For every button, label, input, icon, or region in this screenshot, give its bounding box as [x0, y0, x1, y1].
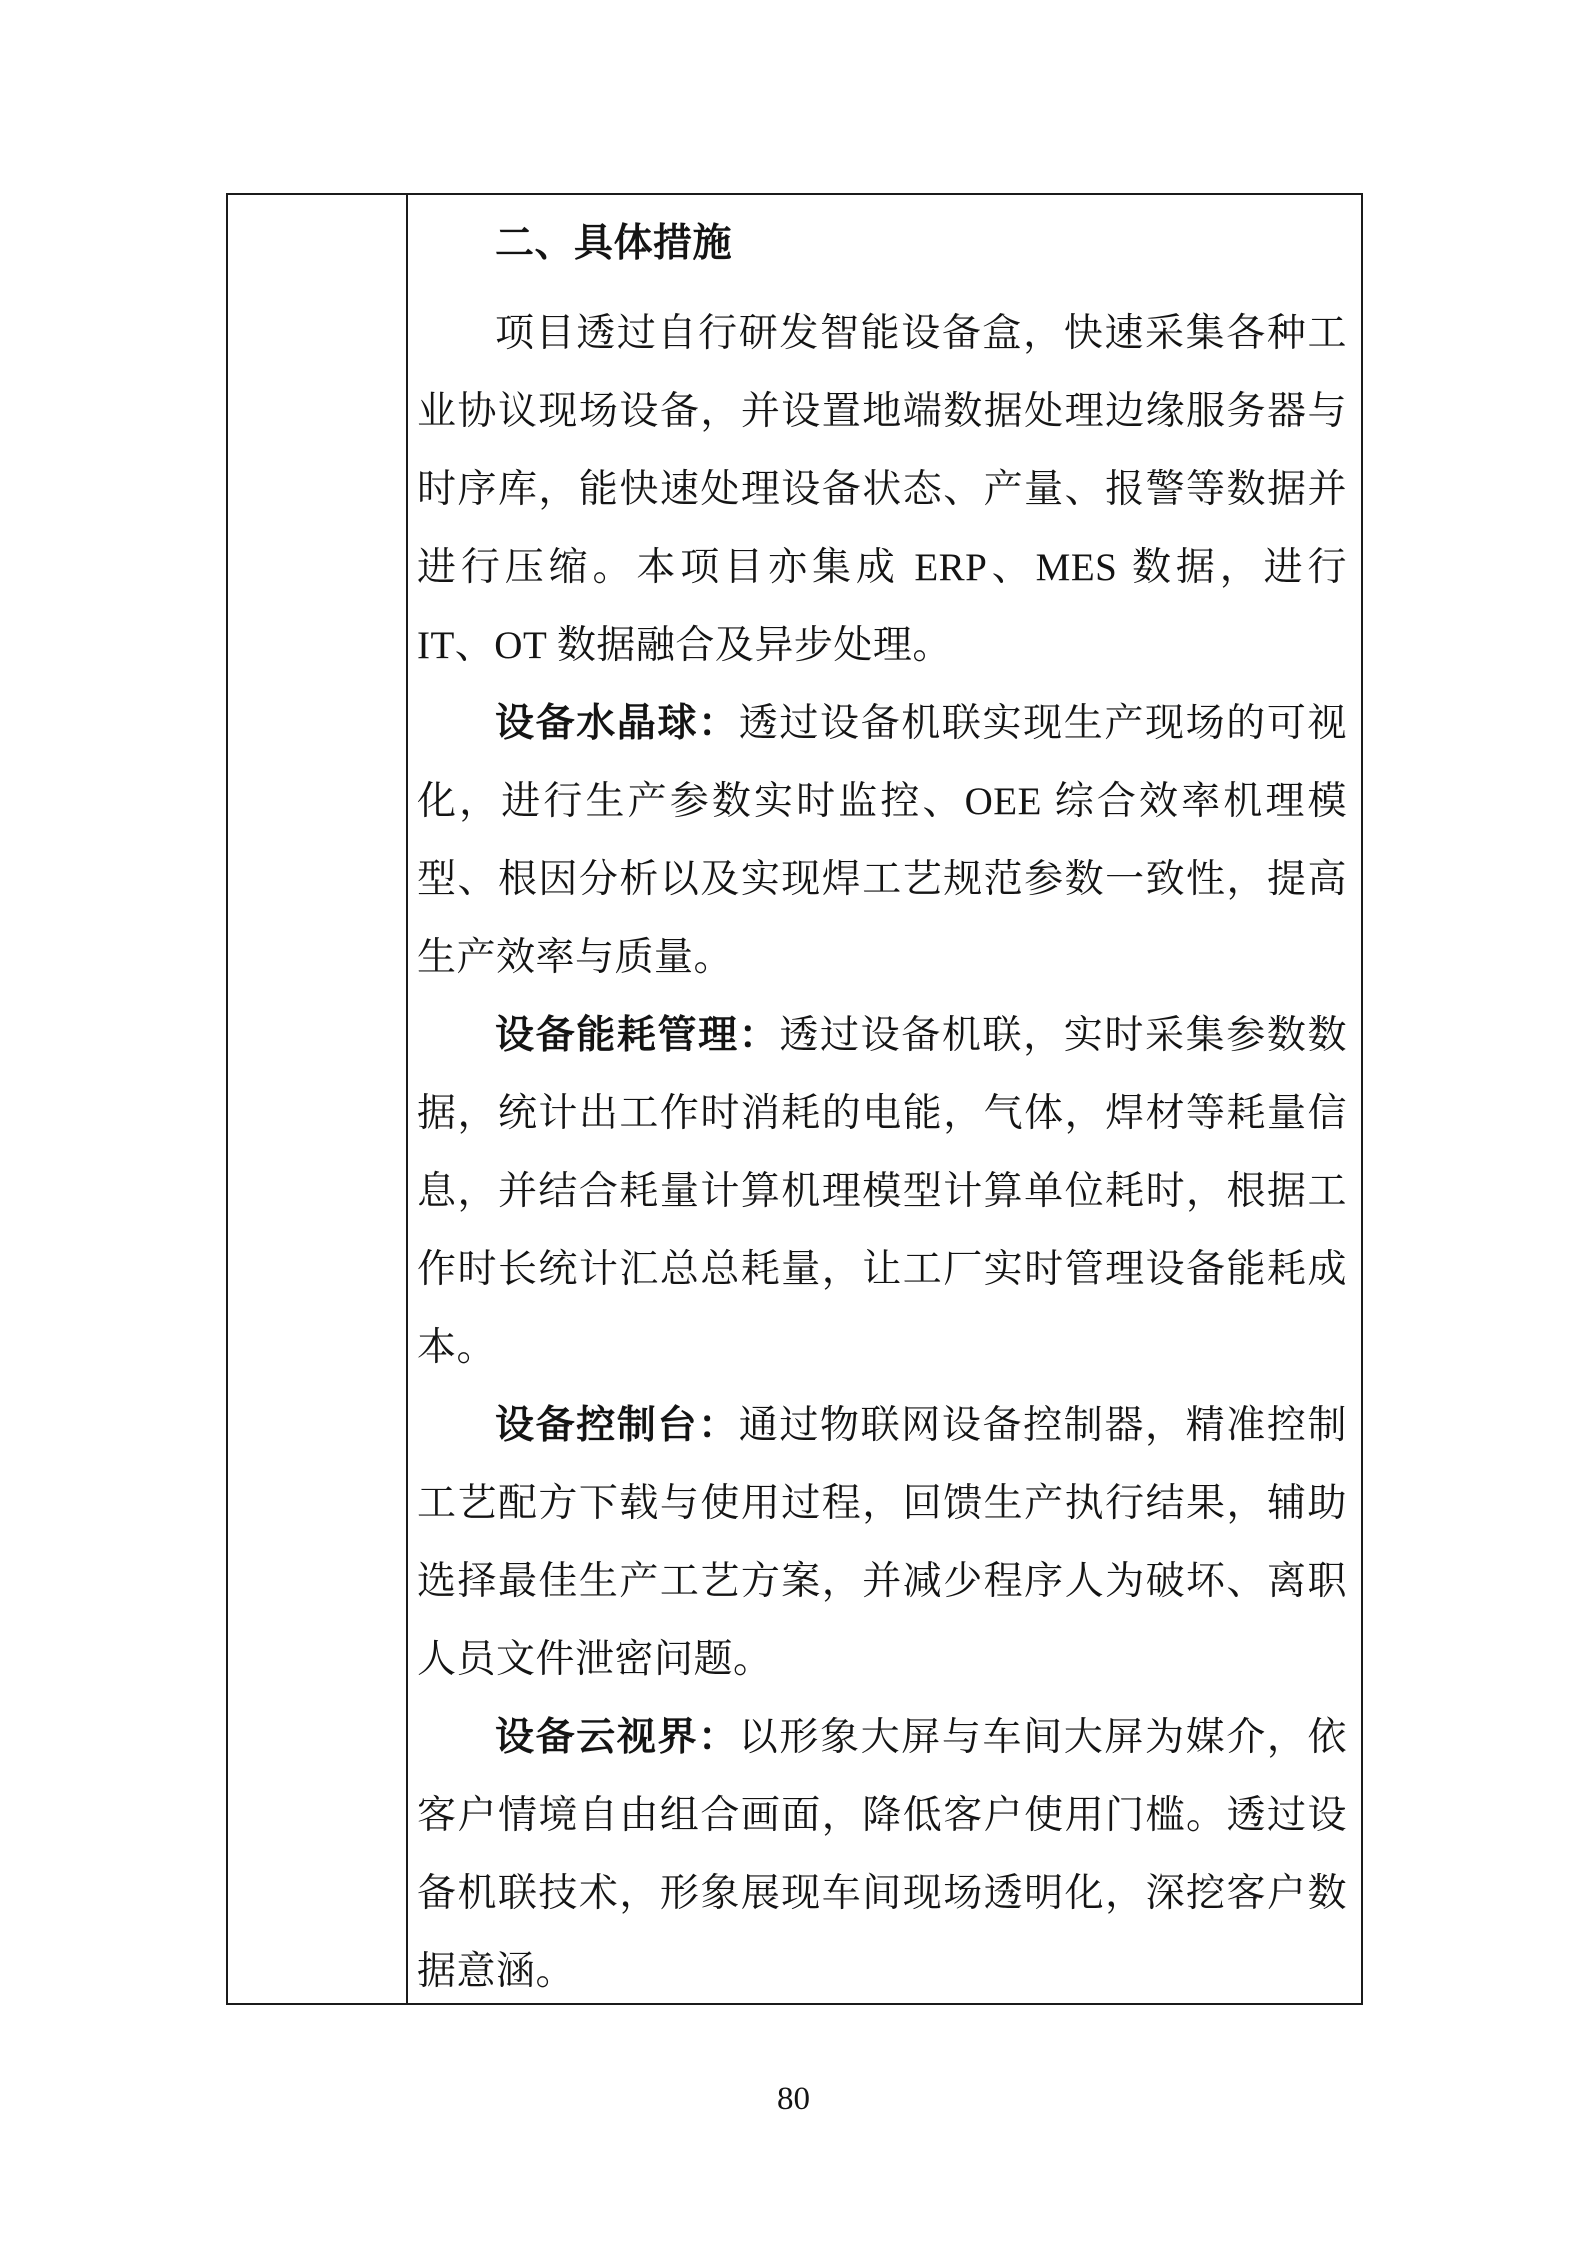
paragraph-label: 设备水晶球：: [495, 702, 739, 745]
page-number: 80: [0, 2078, 1587, 2120]
table-content-cell: 二、具体措施 项目透过自行研发智能设备盒，快速采集各种工业协议现场设备，并设置地…: [408, 195, 1361, 2003]
content-table: 二、具体措施 项目透过自行研发智能设备盒，快速采集各种工业协议现场设备，并设置地…: [226, 193, 1363, 2005]
paragraph-label: 设备能耗管理：: [495, 1014, 779, 1057]
paragraph-energy-management: 设备能耗管理：透过设备机联，实时采集参数数据，统计出工作时消耗的电能，气体，焊材…: [417, 997, 1347, 1387]
paragraph-label: 设备控制台：: [495, 1404, 739, 1447]
paragraph-cloud-view: 设备云视界：以形象大屏与车间大屏为媒介，依客户情境自由组合画面，降低客户使用门槛…: [417, 1699, 1347, 2003]
document-page: 二、具体措施 项目透过自行研发智能设备盒，快速采集各种工业协议现场设备，并设置地…: [0, 0, 1587, 2245]
paragraph-text: 项目透过自行研发智能设备盒，快速采集各种工业协议现场设备，并设置地端数据处理边缘…: [417, 312, 1347, 667]
paragraph-device-crystal-ball: 设备水晶球：透过设备机联实现生产现场的可视化，进行生产参数实时监控、OEE 综合…: [417, 685, 1347, 997]
paragraph-text: 透过设备机联，实时采集参数数据，统计出工作时消耗的电能，气体，焊材等耗量信息，并…: [417, 1014, 1347, 1369]
paragraph-device-console: 设备控制台：通过物联网设备控制器，精准控制工艺配方下载与使用过程，回馈生产执行结…: [417, 1387, 1347, 1699]
paragraph-intro: 项目透过自行研发智能设备盒，快速采集各种工业协议现场设备，并设置地端数据处理边缘…: [417, 295, 1347, 685]
table-left-cell: [228, 195, 408, 2003]
paragraph-label: 设备云视界：: [495, 1716, 739, 1759]
section-heading: 二、具体措施: [417, 205, 1347, 283]
